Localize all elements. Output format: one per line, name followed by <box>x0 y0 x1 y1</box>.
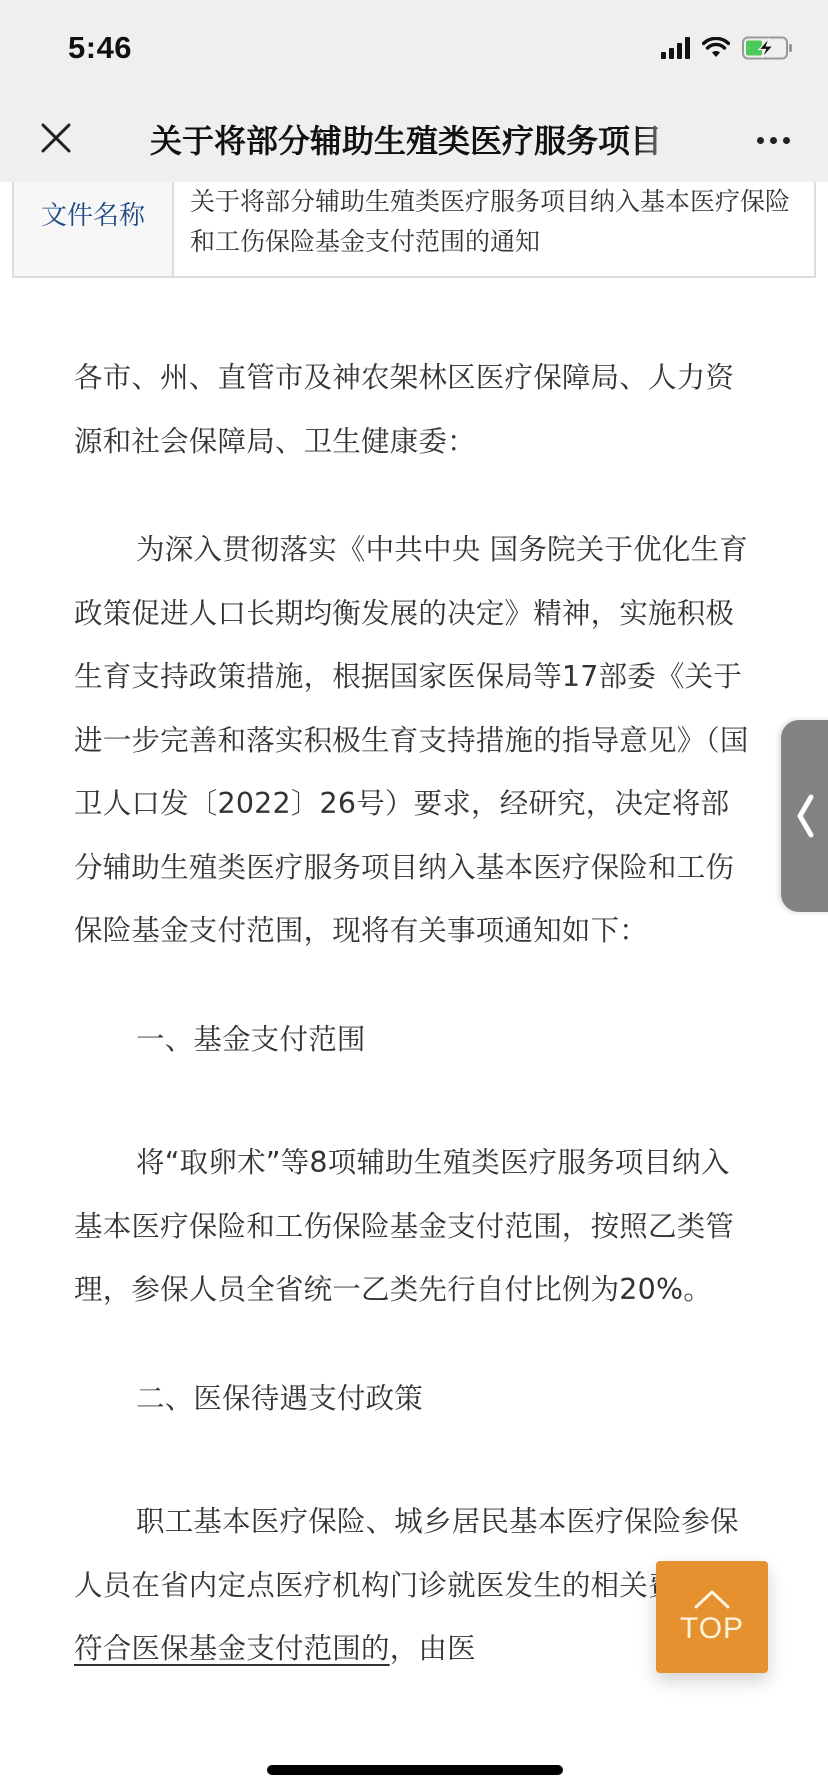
nav-bar: 关于将部分辅助生殖类医疗服务项目 <box>0 96 828 182</box>
section-1-body: 将“取卵术”等8项辅助生殖类医疗服务项目纳入基本医疗保险和工伤保险基金支付范围，… <box>74 1131 754 1322</box>
more-options-button[interactable] <box>757 122 790 158</box>
wifi-icon <box>702 37 730 59</box>
section-2-heading: 二、医保待遇支付政策 <box>74 1367 754 1431</box>
chevron-up-icon <box>692 1588 732 1610</box>
close-button[interactable] <box>38 120 74 156</box>
section-2-text: 职工基本医疗保险、城乡居民基本医疗保险参保人员在省内定点医疗机构门诊就医发生的相… <box>74 1505 739 1602</box>
battery-charging-icon <box>742 36 794 60</box>
section-2-body: 职工基本医疗保险、城乡居民基本医疗保险参保人员在省内定点医疗机构门诊就医发生的相… <box>74 1490 754 1681</box>
section-1-heading: 一、基金支付范围 <box>74 1008 754 1072</box>
file-info-table: 文件名称 关于将部分辅助生殖类医疗服务项目纳入基本医疗保险和工伤保险基金支付范围… <box>12 168 816 278</box>
status-time: 5:46 <box>68 30 132 66</box>
page: 5:46 <box>0 0 828 1792</box>
file-name-value: 关于将部分辅助生殖类医疗服务项目纳入基本医疗保险和工伤保险基金支付范围的通知 <box>174 168 814 276</box>
chevron-left-icon <box>795 793 815 839</box>
side-drawer-tab[interactable] <box>781 720 828 912</box>
top-bar: 5:46 <box>0 0 828 182</box>
underlined-text: 符合医保基金支付范围的 <box>74 1632 390 1665</box>
document-body: 各市、州、直管市及神农架林区医疗保障局、人力资源和社会保障局、卫生健康委： 为深… <box>74 346 754 1681</box>
more-dots-icon <box>757 137 764 144</box>
back-to-top-button[interactable]: TOP <box>656 1561 768 1673</box>
more-dot <box>783 137 790 144</box>
page-title: 关于将部分辅助生殖类医疗服务项目 <box>150 116 700 160</box>
top-label: TOP <box>680 1612 744 1646</box>
salutation: 各市、州、直管市及神农架林区医疗保障局、人力资源和社会保障局、卫生健康委： <box>74 346 754 473</box>
intro-paragraph: 为深入贯彻落实《中共中央 国务院关于优化生育政策促进人口长期均衡发展的决定》精神… <box>74 518 754 963</box>
section-2-text-continued: ，由医 <box>390 1632 476 1665</box>
home-indicator[interactable] <box>267 1765 563 1775</box>
status-icons <box>661 36 794 60</box>
more-dot <box>770 137 777 144</box>
close-icon <box>38 120 74 156</box>
file-name-label: 文件名称 <box>14 168 174 276</box>
cellular-signal-icon <box>661 37 690 59</box>
